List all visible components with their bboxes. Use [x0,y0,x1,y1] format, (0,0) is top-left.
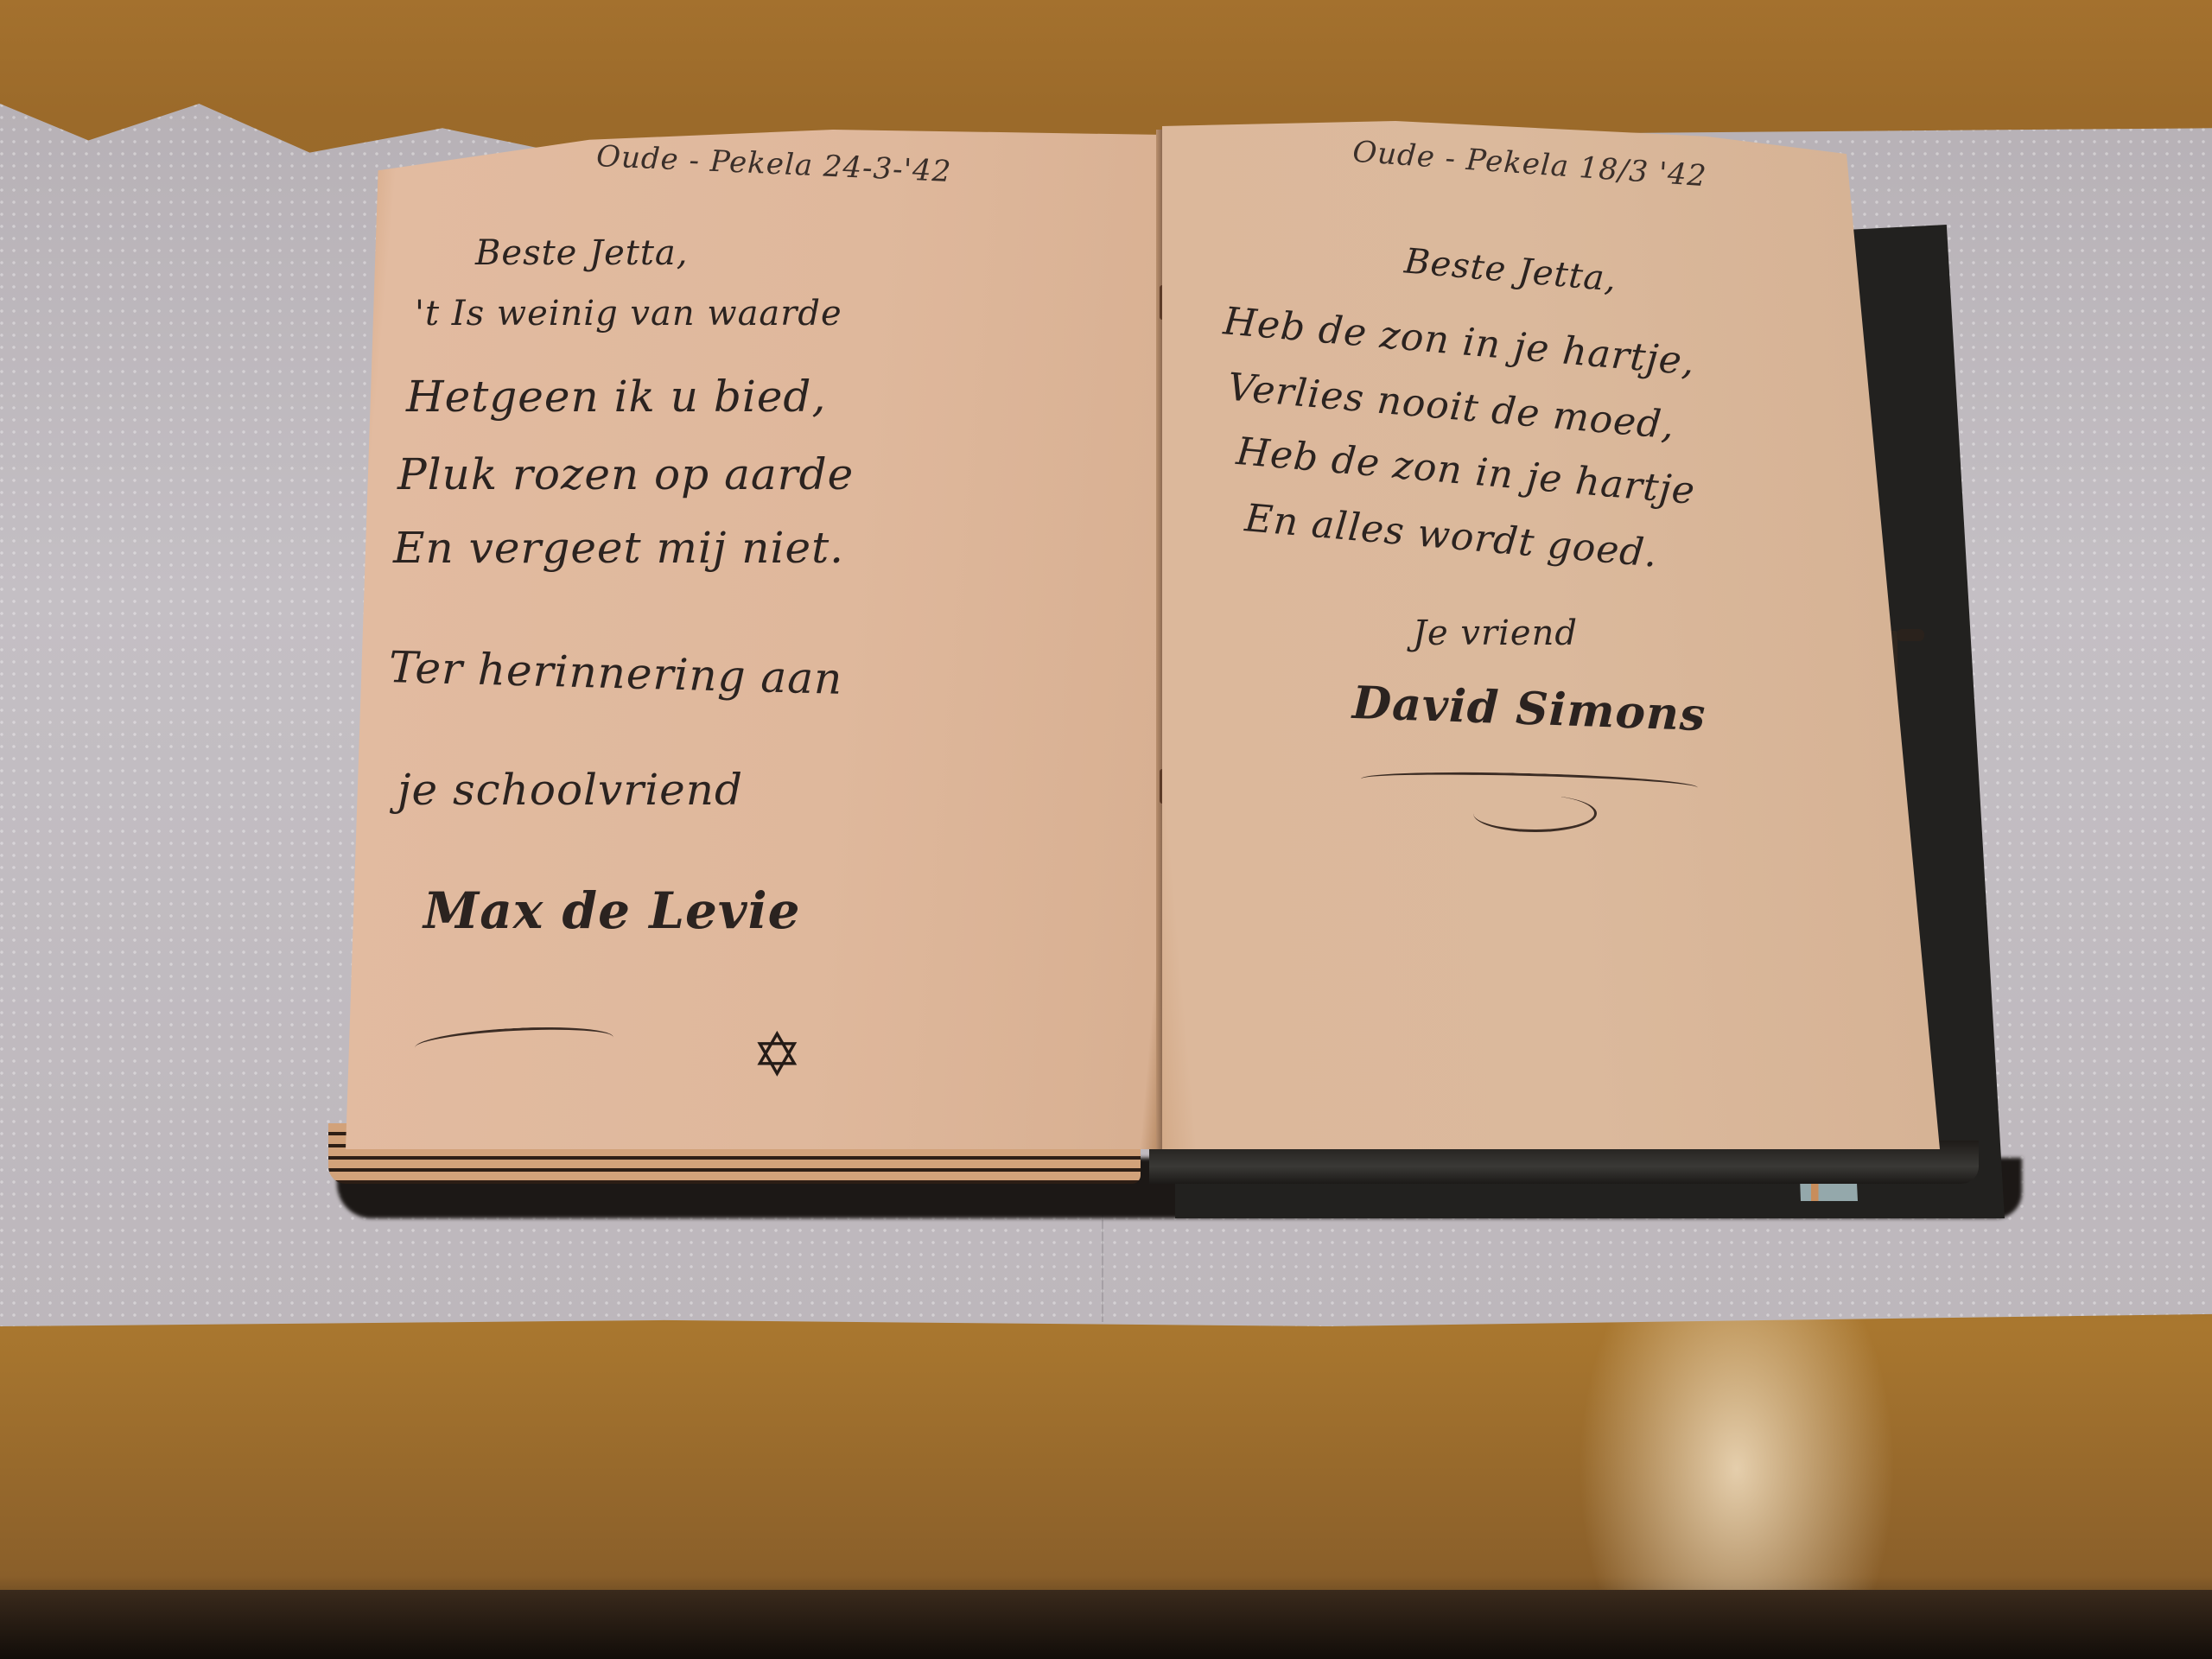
left-closing-line-2: je schoolvriend [397,765,743,815]
left-verse-line-3: Pluk rozen op aarde [397,449,854,499]
signature-underline [1361,769,1698,798]
left-closing-line-1: Ter herinnering aan [388,642,843,704]
right-salutation: Beste Jetta, [1402,241,1618,299]
signature-flourish [414,1023,613,1062]
poetry-album: Oude - Pekela 24-3-'42 Beste Jetta, 't I… [328,130,2022,1227]
clasp-pin-icon [1897,629,1924,641]
right-verse-line-4: En alles wordt goed. [1243,496,1660,576]
left-verse-line-2: Hetgeen ik u bied, [406,372,826,422]
right-signature: David Simons [1351,677,1707,741]
signature-swash [1473,795,1597,832]
star-of-david-icon: ✡ [752,1020,803,1090]
left-date-line: Oude - Pekela 24-3-'42 [595,139,952,189]
right-date-line: Oude - Pekela 18/3 '42 [1351,135,1707,194]
left-salutation: Beste Jetta, [475,233,688,273]
left-verse-line-1: 't Is weinig van waarde [415,294,842,334]
left-verse-line-4: En vergeet mij niet. [393,523,844,573]
right-page: Oude - Pekela 18/3 '42 Beste Jetta, Heb … [1162,121,1940,1149]
left-page: Oude - Pekela 24-3-'42 Beste Jetta, 't I… [346,130,1158,1149]
right-closing: Je vriend [1413,613,1578,653]
table-edge-shadow [0,1590,2212,1659]
left-signature: Max de Levie [423,881,801,940]
